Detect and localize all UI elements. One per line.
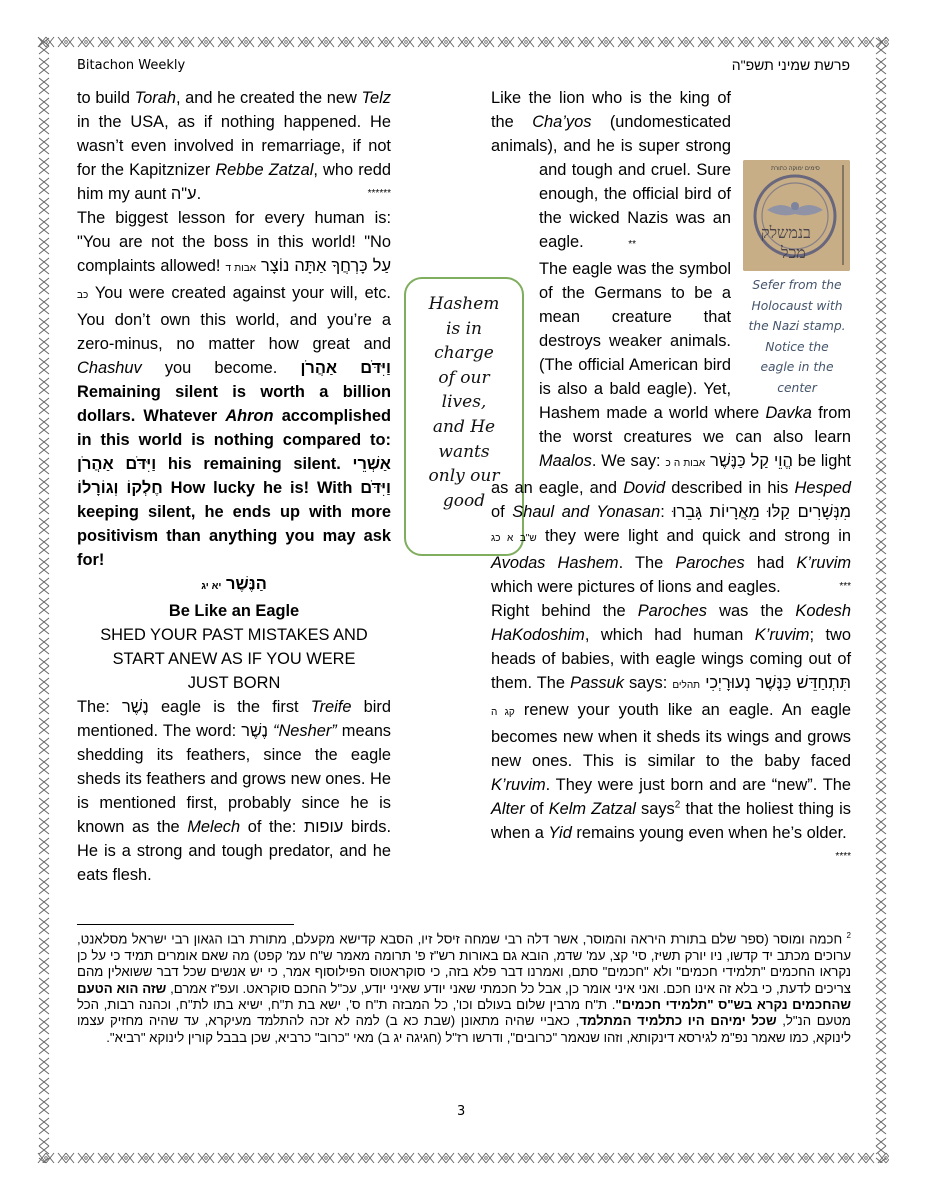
svg-text:בנמשלק: בנמשלק bbox=[761, 223, 811, 242]
pull-quote-float-spacer bbox=[491, 181, 539, 471]
left-column: to build Torah, and he created the new T… bbox=[77, 86, 391, 887]
section-stars: ****** bbox=[368, 182, 391, 206]
svg-text:מכל: מכל bbox=[780, 243, 806, 262]
section-title: Be Like an Eagle bbox=[77, 599, 391, 623]
image-caption: Sefer from the Holocaust with the Nazi s… bbox=[741, 275, 853, 398]
paragraph-biggest-lesson: The biggest lesson for every human is: "… bbox=[77, 206, 391, 572]
decorative-border-left bbox=[36, 36, 52, 1163]
nazi-stamp-image: בנמשלק מכל סימים ימוקה כתורת bbox=[743, 160, 850, 271]
paragraph-kodesh-hakodoshim: Right behind the Paroches was the Kodesh… bbox=[491, 599, 851, 845]
header-parsha-title: פרשת שמיני תשפ"ה bbox=[732, 57, 850, 73]
footnote: 2 חכמה ומוסר (ספר שלם בתורת היראה והמוסר… bbox=[77, 928, 851, 1046]
footnote-separator bbox=[77, 924, 294, 925]
section-heading-hebrew: הַנֶּשֶׁר יא יג bbox=[77, 572, 391, 599]
section-subtitle: SHED YOUR PAST MISTAKES AND START ANEW A… bbox=[77, 623, 391, 695]
decorative-border-top bbox=[36, 34, 889, 50]
decorative-border-right bbox=[873, 36, 889, 1163]
page-number: 3 bbox=[457, 1104, 465, 1119]
footnote-number: 2 bbox=[847, 931, 851, 940]
paragraph-nesher: The: נֶשֶׁר eagle is the first Treife bi… bbox=[77, 695, 391, 887]
svg-text:סימים ימוקה כתורת: סימים ימוקה כתורת bbox=[771, 166, 820, 172]
decorative-border-bottom bbox=[36, 1150, 889, 1166]
paragraph-telz: to build Torah, and he created the new T… bbox=[77, 86, 391, 206]
header-publication-title: Bitachon Weekly bbox=[77, 58, 185, 73]
